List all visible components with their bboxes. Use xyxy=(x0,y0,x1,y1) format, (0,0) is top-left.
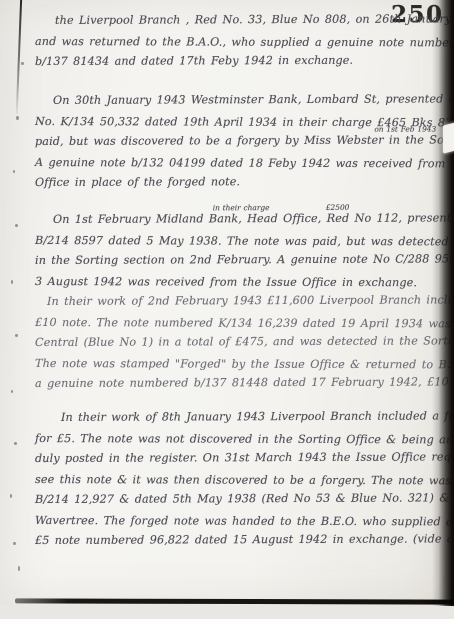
line-text: a genuine note numbered b/137 81448 date… xyxy=(35,375,454,390)
line-text: Office in place of the forged note. xyxy=(35,175,240,189)
paragraph-3: On 1st February Midland Bank, Head Offic… xyxy=(35,210,439,292)
manuscript-line: b/137 81434 and dated 17th Feby 1942 in … xyxy=(35,50,439,72)
paragraph-4: In their work of 2nd February 1943 £11,6… xyxy=(35,292,439,395)
line-text: B/214 12,927 & dated 5th May 1938 (Red N… xyxy=(35,491,454,506)
line-text: Central (Blue No 1) in a total of £475, … xyxy=(35,334,454,349)
paragraph-5: In their work of 8th January 1943 Liverp… xyxy=(35,408,439,552)
ink-smudge: ․ xyxy=(408,540,411,550)
line-text: In their work of 2nd February 1943 £11,6… xyxy=(47,293,454,308)
line-text: Wavertree. The forged note was handed to… xyxy=(35,514,454,528)
line-text: £10 note. The note numbered K/134 16,239… xyxy=(35,316,454,331)
ink-smudge: ′′ xyxy=(328,536,332,546)
manuscript-line: Central (Blue No 1) in a total of £475, … xyxy=(35,331,439,353)
interlineation: £2500 xyxy=(326,203,350,211)
book-gutter-shadow xyxy=(432,0,454,606)
line-text: A genuine note b/132 04199 dated 18 Feby… xyxy=(35,156,454,170)
manuscript-line: duly posted in the register. On 31st Mar… xyxy=(35,447,439,469)
line-text: In their work of 8th January 1943 Liverp… xyxy=(61,409,454,424)
line-text: and was returned to the B.A.O., who supp… xyxy=(35,35,454,49)
line-text: duly posted in the register. On 31st Mar… xyxy=(35,450,454,465)
manuscript-line: £5 note numbered 96,822 dated 15 August … xyxy=(35,529,439,551)
manuscript-line: On 30th January 1943 Westminster Bank, L… xyxy=(35,89,439,111)
line-text: On 1st February Midland Bank, Head Offic… xyxy=(53,211,454,226)
line-text: £5 note numbered 96,822 dated 15 August … xyxy=(35,532,454,547)
line-text: b/137 81434 and dated 17th Feby 1942 in … xyxy=(35,54,353,68)
manuscript-line: B/214 12,927 & dated 5th May 1938 (Red N… xyxy=(35,488,439,510)
manuscript-line: In their work of 2nd February 1943 £11,6… xyxy=(35,290,439,312)
line-text: B/214 8597 dated 5 May 1938. The note wa… xyxy=(35,234,454,249)
manuscript-line: In their work of 8th January 1943 Liverp… xyxy=(35,406,439,428)
ink-smudge: ⋅⋅ xyxy=(362,538,368,548)
paragraph-1: the Liverpool Branch , Red No. 33, Blue … xyxy=(35,11,439,73)
line-text: The note was stamped "Forged" by the Iss… xyxy=(35,357,454,372)
scanned-ledger-page: 250 the Liverpool Branch , Red No. 33, B… xyxy=(0,0,454,619)
manuscript-line: a genuine note numbered b/137 81448 date… xyxy=(35,372,439,394)
page-edge-notch xyxy=(443,122,454,153)
interlineation: on 1st Feb 1943 xyxy=(374,125,436,133)
manuscript-line: the Liverpool Branch , Red No. 33, Blue … xyxy=(35,9,439,31)
line-text: the Liverpool Branch , Red No. 33, Blue … xyxy=(55,12,454,27)
line-text: paid, but was discovered to be a forgery… xyxy=(35,133,454,148)
line-text: 3 August 1942 was received from the Issu… xyxy=(35,275,417,289)
line-text: for £5. The note was not discovered in t… xyxy=(35,432,454,447)
line-text: see this note & it was then discovered t… xyxy=(35,473,454,488)
paragraph-2: On 30th January 1943 Westminster Bank, L… xyxy=(35,91,439,194)
manuscript-line: in the Sorting section on 2nd February. … xyxy=(35,249,439,271)
manuscript-line: paid, but was discovered to be a forgery… xyxy=(35,130,439,152)
manuscript: the Liverpool Branch , Red No. 33, Blue … xyxy=(0,0,454,605)
line-text: in the Sorting section on 2nd February. … xyxy=(35,252,454,267)
interlineation: in their charge xyxy=(213,204,270,212)
manuscript-line: On 1st February Midland Bank, Head Offic… xyxy=(35,208,439,230)
manuscript-line: Office in place of the forged note. xyxy=(35,171,439,193)
line-text: On 30th January 1943 Westminster Bank, L… xyxy=(53,92,454,107)
